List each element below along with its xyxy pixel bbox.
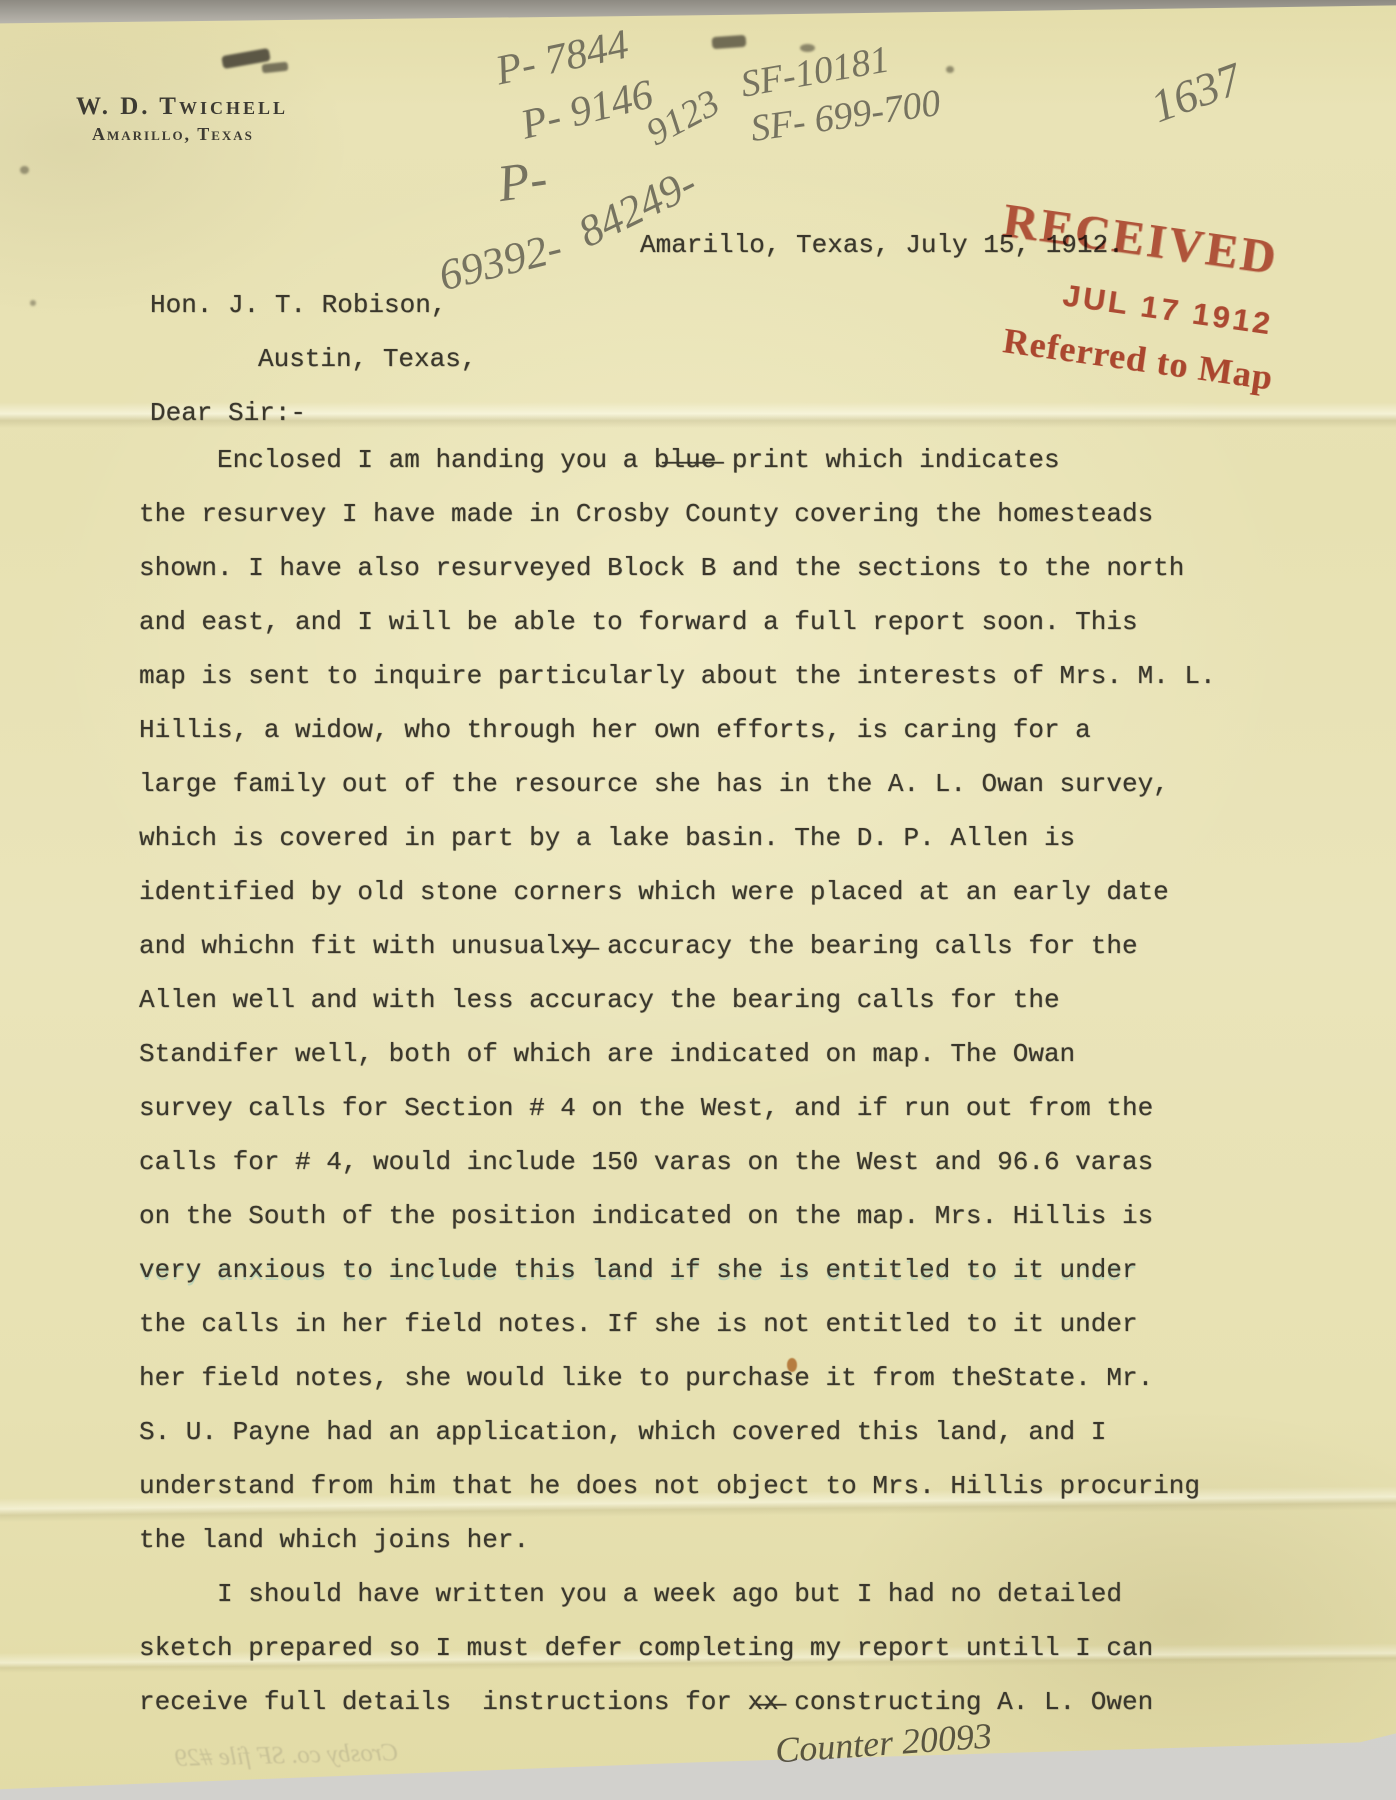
salutation: Dear Sir:-	[150, 398, 306, 428]
typed-line: Hillis, a widow, who through her own eff…	[139, 703, 1216, 757]
typed-line: on the South of the position indicated o…	[139, 1189, 1216, 1243]
typed-line: identified by old stone corners which we…	[139, 865, 1216, 919]
ink-smudge	[946, 66, 954, 73]
typed-line: large family out of the resource she has…	[139, 757, 1216, 811]
bleedthrough-annotation: Crosby co. SF file #29	[175, 1739, 399, 1773]
typed-line: Enclosed I am handing you a b̶l̶u̶e̶ pri…	[139, 433, 1216, 487]
ink-smudge	[712, 35, 747, 49]
typed-line: S. U. Payne had an application, which co…	[139, 1405, 1216, 1459]
letterhead-name: W. D. Twichell	[76, 93, 288, 121]
letterhead-city: Amarillo, Texas	[92, 124, 254, 145]
typed-line: and east, and I will be able to forward …	[139, 595, 1216, 649]
typed-line: very anxious to include this land if she…	[139, 1243, 1216, 1297]
typed-line: and whichn fit with unusualx̶y̶ accuracy…	[139, 919, 1216, 973]
typed-line: map is sent to inquire particularly abou…	[139, 649, 1216, 703]
typed-line: receive full details instructions for x̶…	[139, 1675, 1216, 1729]
typed-line: Allen well and with less accuracy the be…	[139, 973, 1216, 1027]
typed-line: the land which joins her.	[139, 1513, 1216, 1567]
typed-line: her field notes, she would like to purch…	[139, 1351, 1216, 1405]
typed-line: the calls in her field notes. If she is …	[139, 1297, 1216, 1351]
scanned-letter-page: { "letterhead": { "name": "W. D. Twichel…	[0, 0, 1396, 1800]
typed-line: the resurvey I have made in Crosby Count…	[139, 487, 1216, 541]
recipient-name: Hon. J. T. Robison,	[150, 290, 446, 320]
typed-line: Standifer well, both of which are indica…	[139, 1027, 1216, 1081]
pencil-file-number: P-	[494, 149, 551, 214]
typed-line: understand from him that he does not obj…	[139, 1459, 1216, 1513]
ink-smudge	[30, 300, 36, 306]
letter-body: Enclosed I am handing you a b̶l̶u̶e̶ pri…	[139, 433, 1216, 1729]
typed-line: I should have written you a week ago but…	[139, 1567, 1216, 1621]
typed-line: survey calls for Section # 4 on the West…	[139, 1081, 1216, 1135]
typed-line: sketch prepared so I must defer completi…	[139, 1621, 1216, 1675]
typed-line: shown. I have also resurveyed Block B an…	[139, 541, 1216, 595]
recipient-city: Austin, Texas,	[258, 344, 476, 374]
typed-line: which is covered in part by a lake basin…	[139, 811, 1216, 865]
ink-smudge	[20, 166, 29, 174]
typed-line: calls for # 4, would include 150 varas o…	[139, 1135, 1216, 1189]
